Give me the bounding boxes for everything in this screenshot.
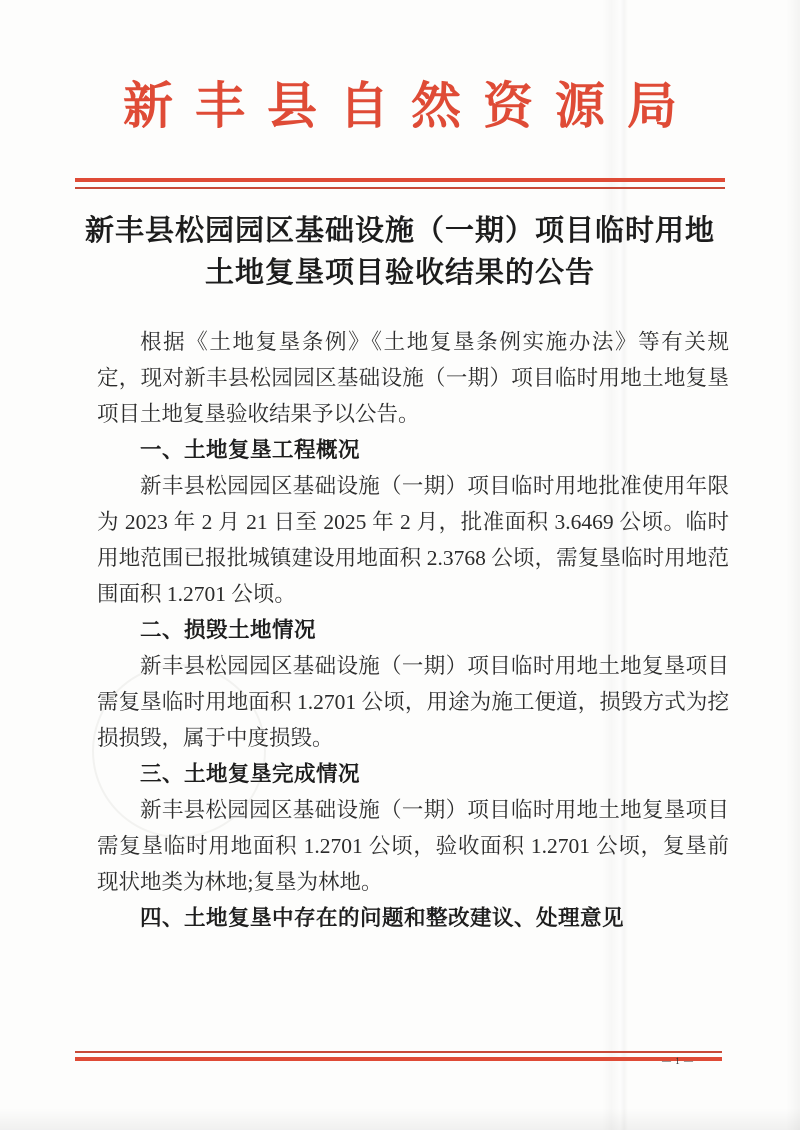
intro-paragraph: 根据《土地复垦条例》《土地复垦条例实施办法》等有关规定，现对新丰县松园园区基础设… <box>97 324 729 432</box>
scanned-document-page: 新丰县自然资源局 新丰县松园园区基础设施（一期）项目临时用地 土地复垦项目验收结… <box>0 0 800 1130</box>
page-number: — 1 — <box>662 1056 694 1066</box>
letterhead-org-name: 新丰县自然资源局 <box>0 76 800 136</box>
section-1-heading: 一、土地复垦工程概况 <box>97 432 729 468</box>
section-3-paragraph: 新丰县松园园区基础设施（一期）项目临时用地土地复垦项目需复垦临时用地面积 1.2… <box>97 792 729 900</box>
divider-thin-line <box>75 187 725 189</box>
section-1-paragraph: 新丰县松园园区基础设施（一期）项目临时用地批准使用年限为 2023 年 2 月 … <box>97 468 729 612</box>
document-title-line2: 土地复垦项目验收结果的公告 <box>60 252 740 294</box>
footer-divider <box>75 1051 722 1061</box>
document-body: 根据《土地复垦条例》《土地复垦条例实施办法》等有关规定，现对新丰县松园园区基础设… <box>97 324 729 936</box>
section-2-paragraph: 新丰县松园园区基础设施（一期）项目临时用地土地复垦项目需复垦临时用地面积 1.2… <box>97 648 729 756</box>
divider-thick-line <box>75 1057 722 1061</box>
letterhead-divider <box>75 178 725 189</box>
section-2-heading: 二、损毁土地情况 <box>97 612 729 648</box>
scan-edge-shadow-bottom <box>0 1108 800 1130</box>
document-title-line1: 新丰县松园园区基础设施（一期）项目临时用地 <box>60 210 740 252</box>
section-4-heading: 四、土地复垦中存在的问题和整改建议、处理意见 <box>97 900 729 936</box>
section-3-heading: 三、土地复垦完成情况 <box>97 756 729 792</box>
document-title: 新丰县松园园区基础设施（一期）项目临时用地 土地复垦项目验收结果的公告 <box>60 210 740 294</box>
scan-edge-shadow-right <box>786 0 800 1130</box>
